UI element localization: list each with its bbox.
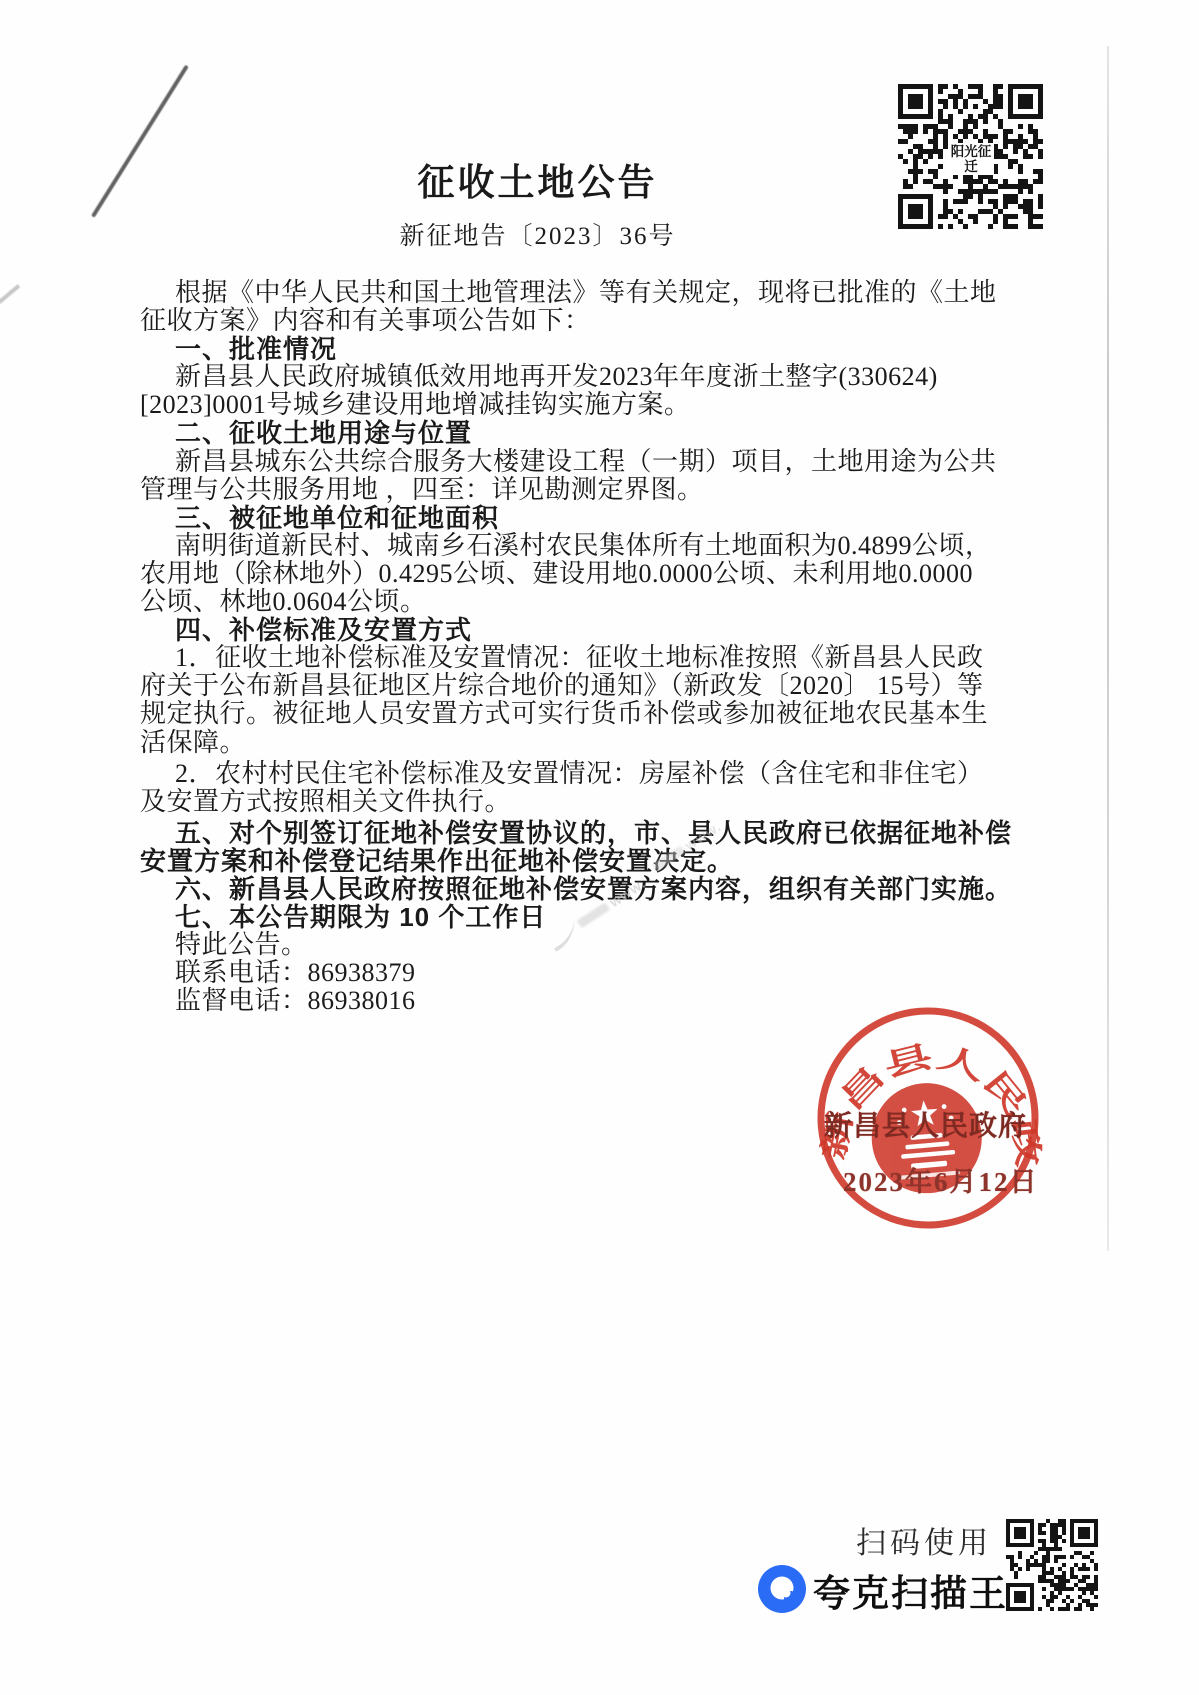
document-line: 四、补偿标准及安置方式: [140, 616, 972, 644]
scan-hint-text: 扫码使用: [856, 1518, 992, 1562]
document-line: 二、征收土地用途与位置: [140, 419, 972, 447]
document-body: 根据《中华人民共和国土地管理法》等有关规定，现将已批准的《土地征收方案》内容和有…: [140, 279, 972, 1015]
document-line: 五、对个别签订征地补偿安置协议的，市、县人民政府已依据征地补偿: [140, 819, 972, 847]
document-line: 三、被征地单位和征地面积: [140, 504, 972, 532]
document-line: 公顷、林地0.0604公顷。: [140, 588, 972, 616]
document-line: 根据《中华人民共和国土地管理法》等有关规定，现将已批准的《土地: [140, 279, 972, 307]
document-line: 新昌县人民政府城镇低效用地再开发2023年年度浙土整字(330624): [140, 363, 972, 391]
document-number: 新征地告〔2023〕36号: [140, 216, 935, 252]
qr-code-top: 阳光征迁: [898, 84, 1043, 229]
document-line: 2．农村村民住宅补偿标准及安置情况：房屋补偿（含住宅和非住宅）: [140, 760, 972, 788]
document-line: 规定执行。被征地人员安置方式可实行货币补偿或参加被征地农民基本生: [140, 700, 972, 728]
scan-fold-line-artifact-small: [0, 284, 20, 304]
page-edge-scan-line: [1107, 46, 1109, 1251]
document-line: 联系电话：86938379: [140, 959, 972, 987]
document-line: 1．征收土地补偿标准及安置情况：征收土地标准按照《新昌县人民政: [140, 644, 972, 672]
document-line: 安置方案和补偿登记结果作出征地补偿安置决定。: [140, 847, 972, 875]
document-line: 一、批准情况: [140, 335, 972, 363]
document-line: 管理与公共服务用地 ，四至：详见勘测定界图。: [140, 476, 972, 504]
document-line: 及安置方式按照相关文件执行。: [140, 788, 972, 816]
document-line: 活保障。: [140, 729, 972, 757]
document-line: [2023]0001号城乡建设用地增减挂钩实施方案。: [140, 391, 972, 419]
document-line: 新昌县城东公共综合服务大楼建设工程（一期）项目，土地用途为公共: [140, 448, 972, 476]
quark-logo-icon: [757, 1564, 807, 1614]
scanned-document-page: 征收土地公告 新征地告〔2023〕36号 阳光征迁 根据《中华人民共和国土地管理…: [0, 0, 1199, 1695]
document-line: 南明街道新民村、城南乡石溪村农民集体所有土地面积为0.4899公顷，: [140, 532, 972, 560]
document-title: 征收土地公告: [140, 152, 935, 206]
qr-code-bottom-pattern: [1006, 1519, 1098, 1611]
scanner-app-name: 夸克扫描王: [813, 1563, 1008, 1617]
document-line: 府关于公布新昌县征地区片综合地价的通知》（新政发〔2020〕 15号）等: [140, 672, 972, 700]
qr-code-bottom: [1006, 1519, 1098, 1611]
document-line: 六、新昌县人民政府按照征地补偿安置方案内容，组织有关部门实施。: [140, 875, 972, 903]
qr-code-center-label: 阳光征迁: [948, 143, 994, 175]
document-line: 征收方案》内容和有关事项公告如下：: [140, 307, 972, 335]
seal-authority-name: 新昌县人民政府: [824, 1104, 1024, 1144]
seal-date: 2023年6月12日: [843, 1160, 1039, 1199]
document-line: 农用地（除林地外）0.4295公顷、建设用地0.0000公顷、未利用地0.000…: [140, 560, 972, 588]
